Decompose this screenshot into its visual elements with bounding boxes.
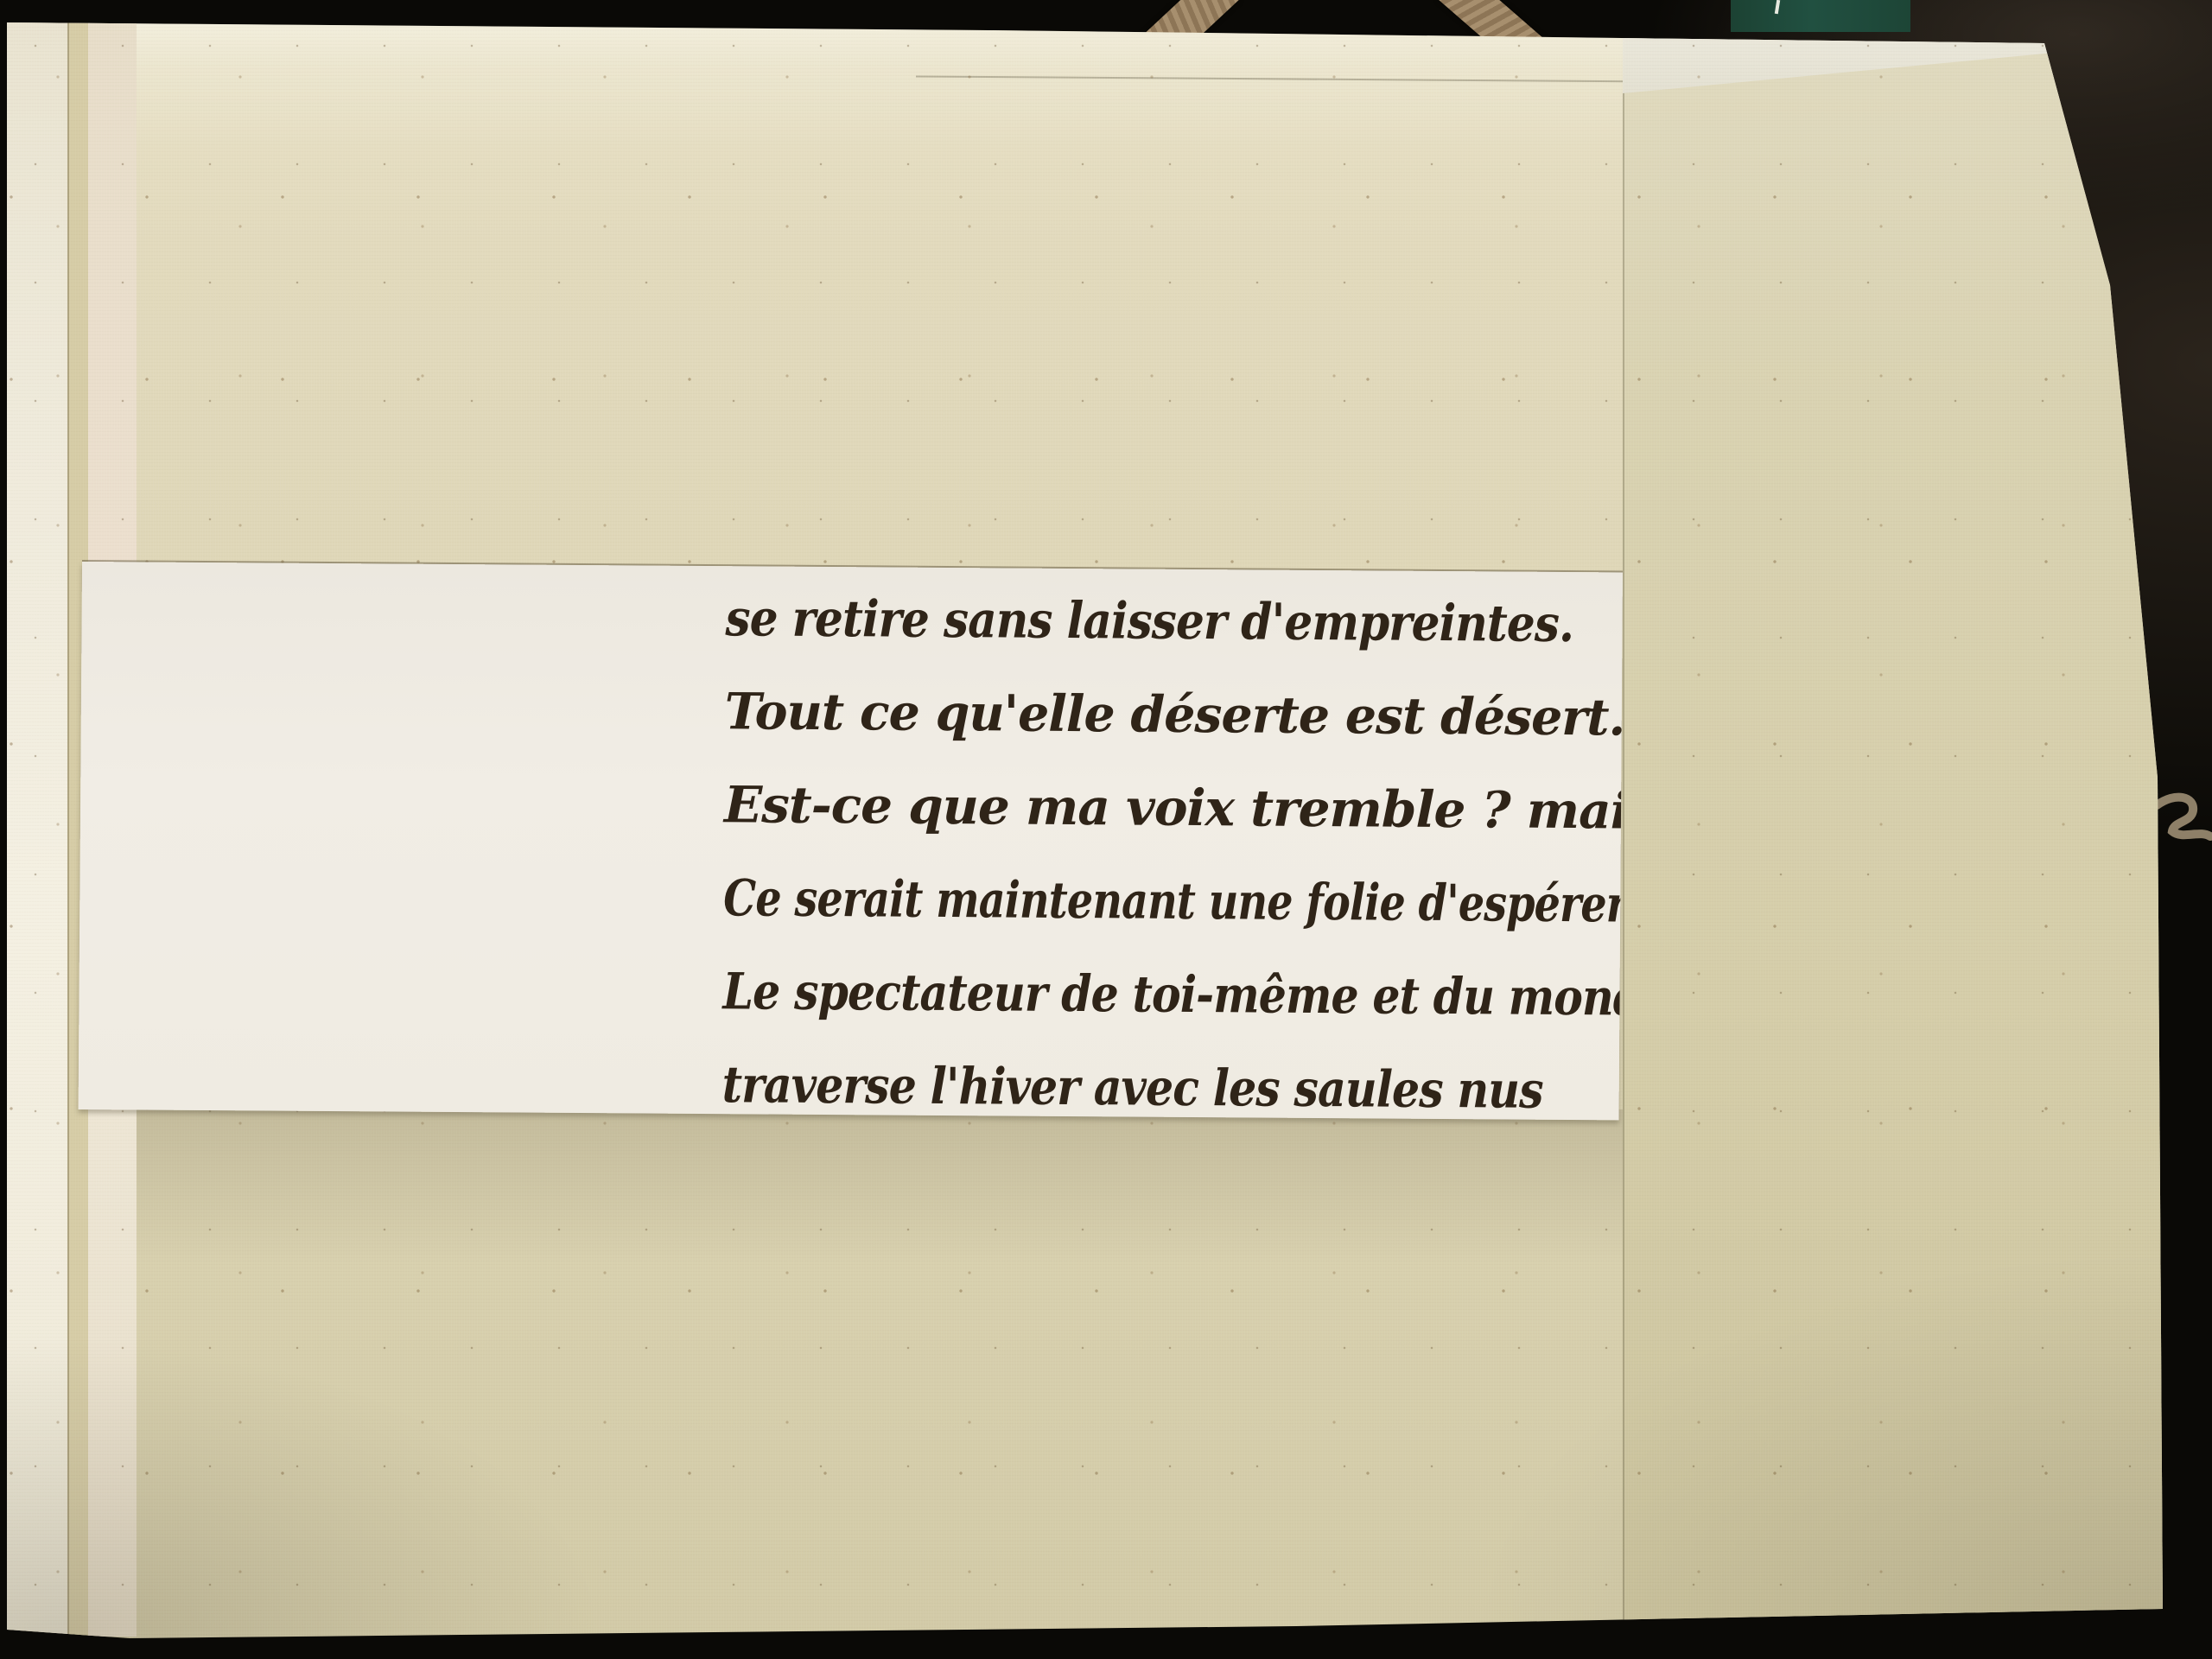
manuscript-paper: se retire sans laisser d'empreintes. Tou… bbox=[79, 562, 1623, 1120]
green-object-highlight bbox=[1775, 0, 1780, 14]
photo-background: se retire sans laisser d'empreintes. Tou… bbox=[0, 0, 2212, 1659]
manuscript-text: se retire sans laisser d'empreintes. Tou… bbox=[721, 571, 1623, 1120]
manuscript-line: Ce serait maintenant une folie d'espérer… bbox=[723, 851, 1623, 951]
manuscript-line: Le spectateur de toi-même et du monde bbox=[722, 944, 1623, 1045]
manuscript-line: Est-ce que ma voix tremble ? mais mon âm… bbox=[724, 758, 1623, 860]
manuscript-line: Tout ce qu'elle déserte est désert. bbox=[724, 664, 1623, 766]
manuscript-line: traverse l'hiver avec les saules nus bbox=[721, 1038, 1623, 1120]
green-object bbox=[1731, 0, 1910, 32]
paper-cast-shadow bbox=[137, 1109, 1624, 1265]
manuscript-line: se retire sans laisser d'empreintes. bbox=[725, 571, 1623, 672]
tie-string-icon bbox=[2153, 786, 2212, 855]
portfolio-cover: se retire sans laisser d'empreintes. Tou… bbox=[0, 0, 2212, 1659]
